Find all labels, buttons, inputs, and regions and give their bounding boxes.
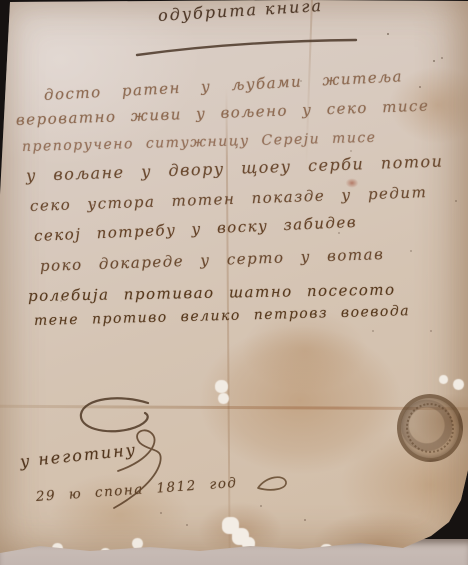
manuscript-paper: одубрита книга досто ратен у љубами жите…	[0, 0, 468, 565]
manuscript-photo: одубрита книга досто ратен у љубами жите…	[0, 0, 468, 565]
date-flourish	[258, 477, 286, 490]
paraph-flourish	[81, 398, 148, 431]
paper-tears	[0, 0, 5, 5]
title-underline	[137, 40, 356, 55]
foxing-speckles	[0, 0, 2, 2]
